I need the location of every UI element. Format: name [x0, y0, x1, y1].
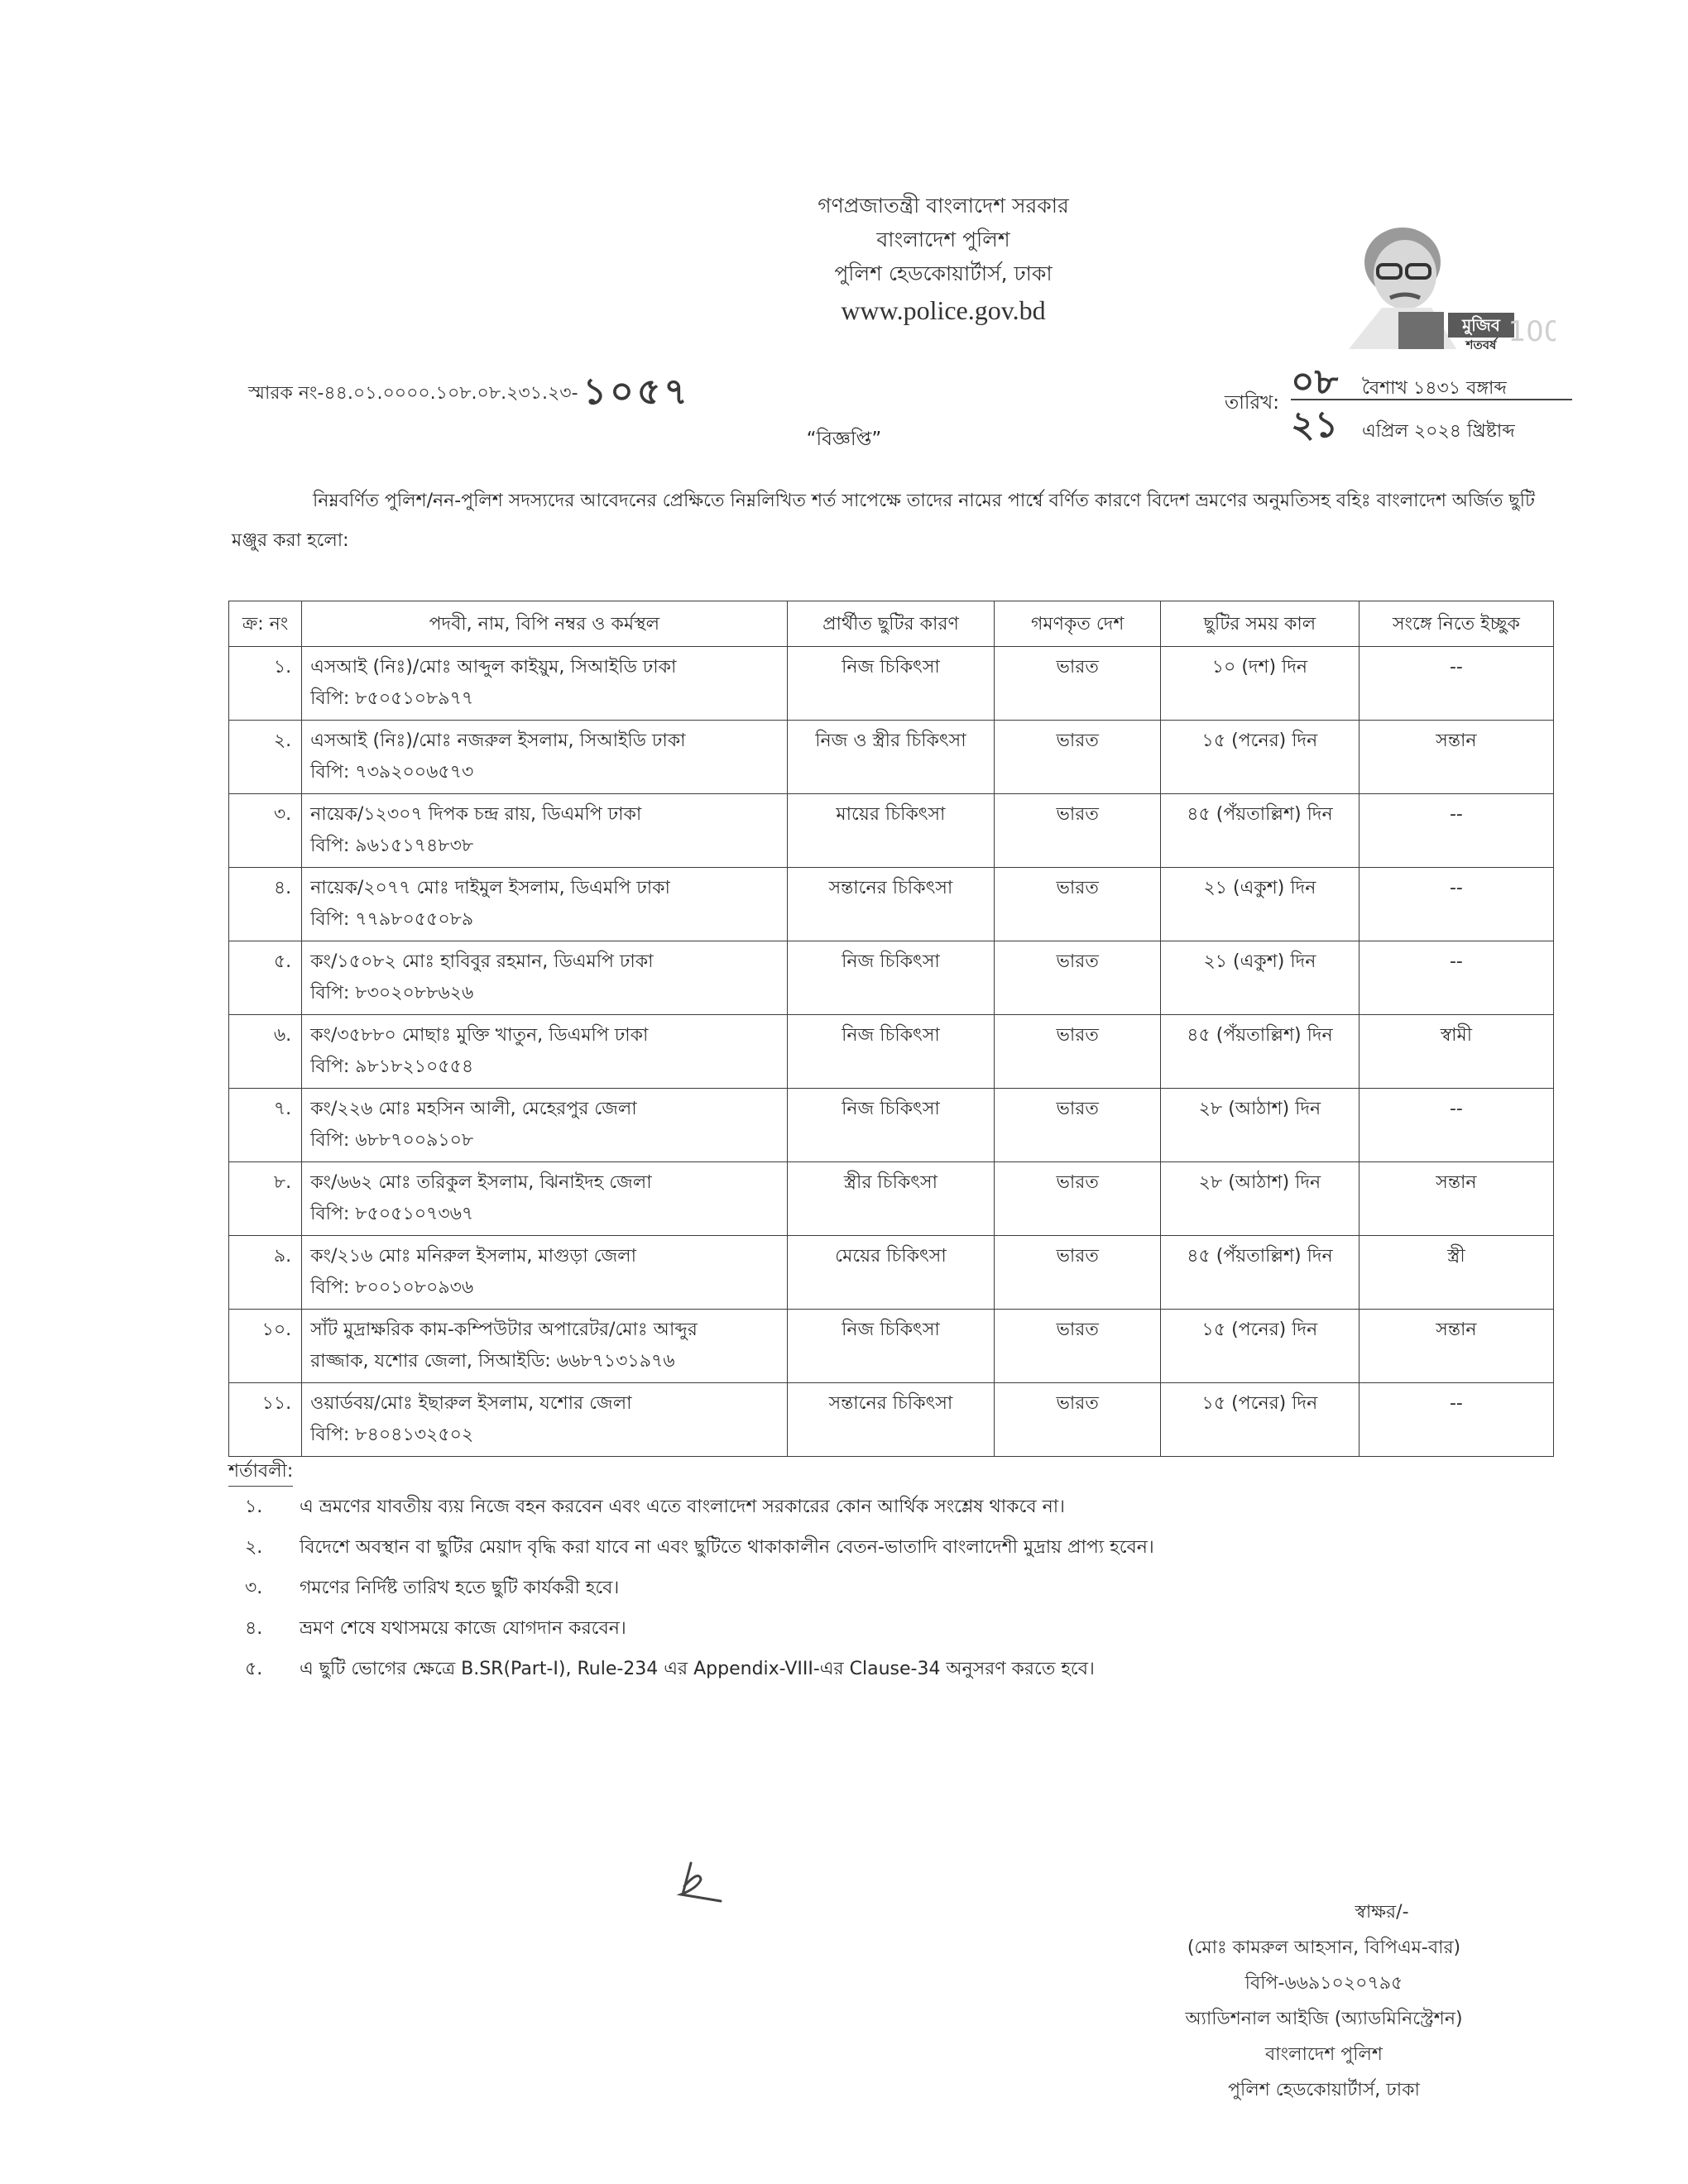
row-serial: ৫. — [229, 941, 302, 1015]
memo-handwritten: ১০৫৭ — [583, 364, 691, 424]
condition-text: এ ছুটি ভোগের ক্ষেত্রে B.SR(Part-I), Rule… — [300, 1649, 1095, 1689]
row-reason: নিজ চিকিৎসা — [787, 1089, 995, 1162]
row-companion: -- — [1359, 1089, 1553, 1162]
row-bp-number: বিপি: ৮৩০২০৮৮৬২৬ — [310, 978, 778, 1009]
row-bp-number: বিপি: ৮৪০৪১৩২৫০২ — [310, 1420, 778, 1451]
row-country: ভারত — [995, 941, 1161, 1015]
department-name: বাংলাদেশ পুলিশ — [728, 223, 1158, 256]
row-name: কং/২২৬ মোঃ মহসিন আলী, মেহেরপুর জেলা — [310, 1094, 778, 1125]
handwritten-initial-icon — [674, 1861, 724, 1903]
svg-text:মুজিব: মুজিব — [1461, 315, 1501, 336]
row-name: কং/২১৬ মোঃ মনিরুল ইসলাম, মাগুড়া জেলা — [310, 1241, 778, 1272]
row-name-cell: নায়েক/১২৩০৭ দিপক চন্দ্র রায়, ডিএমপি ঢা… — [302, 794, 787, 868]
row-bp-number: বিপি: ৮৫০৫১০৭৩৬৭ — [310, 1199, 778, 1230]
row-duration: ১০ (দশ) দিন — [1160, 647, 1359, 721]
row-country: ভারত — [995, 1089, 1161, 1162]
row-reason: নিজ চিকিৎসা — [787, 647, 995, 721]
row-companion: -- — [1359, 647, 1553, 721]
row-country: ভারত — [995, 1310, 1161, 1383]
header-name: পদবী, নাম, বিপি নম্বর ও কর্মস্থল — [302, 601, 787, 647]
row-name: সাঁট মুদ্রাক্ষরিক কাম-কম্পিউটার অপারেটর/… — [310, 1315, 778, 1346]
condition-text: গমণের নির্দিষ্ট তারিখ হতে ছুটি কার্যকরী … — [300, 1568, 619, 1608]
signatory-org: বাংলাদেশ পুলিশ — [1125, 2037, 1523, 2072]
row-country: ভারত — [995, 1383, 1161, 1457]
intro-paragraph: নিম্নবর্ণিত পুলিশ/নন-পুলিশ সদস্যদের আবেদ… — [232, 481, 1556, 561]
signed-label: স্বাক্ষর/- — [1125, 1894, 1523, 1930]
govt-name: গণপ্রজাতন্ত্রী বাংলাদেশ সরকার — [728, 189, 1158, 223]
row-country: ভারত — [995, 721, 1161, 794]
row-name: নায়েক/১২৩০৭ দিপক চন্দ্র রায়, ডিএমপি ঢা… — [310, 799, 778, 831]
row-companion: -- — [1359, 794, 1553, 868]
table-row: ৮. কং/৬৬২ মোঃ তরিকুল ইসলাম, ঝিনাইদহ জেলা… — [229, 1162, 1554, 1236]
row-companion: সন্তান — [1359, 1310, 1553, 1383]
row-reason: নিজ চিকিৎসা — [787, 1015, 995, 1089]
condition-item: ৫.এ ছুটি ভোগের ক্ষেত্রে B.SR(Part-I), Ru… — [228, 1649, 1552, 1689]
row-duration: ১৫ (পনের) দিন — [1160, 1310, 1359, 1383]
row-companion: সন্তান — [1359, 721, 1553, 794]
table-row: ৪. নায়েক/২০৭৭ মোঃ দাইমুল ইসলাম, ডিএমপি … — [229, 868, 1554, 941]
row-reason: নিজ ও স্ত্রীর চিকিৎসা — [787, 721, 995, 794]
row-serial: ১০. — [229, 1310, 302, 1383]
condition-text: এ ভ্রমণের যাবতীয় ব্যয় নিজে বহন করবেন এ… — [300, 1487, 1065, 1527]
condition-number: ৪. — [228, 1608, 300, 1649]
condition-text: বিদেশে অবস্থান বা ছুটির মেয়াদ বৃদ্ধি কর… — [300, 1527, 1154, 1568]
row-name-cell: কং/২১৬ মোঃ মনিরুল ইসলাম, মাগুড়া জেলা বি… — [302, 1236, 787, 1310]
svg-text:শতবর্ষ: শতবর্ষ — [1465, 337, 1499, 349]
header-reason: প্রার্থীত ছুটির কারণ — [787, 601, 995, 647]
table-row: ১১. ওয়ার্ডবয়/মোঃ ইছারুল ইসলাম, যশোর জে… — [229, 1383, 1554, 1457]
signatory-name: (মোঃ কামরুল আহসান, বিপিএম-বার) — [1125, 1930, 1523, 1966]
row-name-cell: কং/৬৬২ মোঃ তরিকুল ইসলাম, ঝিনাইদহ জেলা বি… — [302, 1162, 787, 1236]
row-bp-number: বিপি: ৯৬১৫১৭৪৮৩৮ — [310, 831, 778, 862]
condition-number: ৫. — [228, 1649, 300, 1689]
row-reason: নিজ চিকিৎসা — [787, 941, 995, 1015]
row-reason: মায়ের চিকিৎসা — [787, 794, 995, 868]
table-row: ৩. নায়েক/১২৩০৭ দিপক চন্দ্র রায়, ডিএমপি… — [229, 794, 1554, 868]
memo-number: স্মারক নং-৪৪.০১.০০০০.১০৮.০৮.২৩১.২৩- ১০৫৭ — [248, 364, 691, 424]
row-bp-number: বিপি: ৮৫০৫১০৮৯৭৭ — [310, 683, 778, 715]
row-name: নায়েক/২০৭৭ মোঃ দাইমুল ইসলাম, ডিএমপি ঢাক… — [310, 873, 778, 904]
row-duration: ২১ (একুশ) দিন — [1160, 868, 1359, 941]
row-reason: সন্তানের চিকিৎসা — [787, 868, 995, 941]
memo-printed: স্মারক নং-৪৪.০১.০০০০.১০৮.০৮.২৩১.২৩- — [248, 379, 578, 409]
row-country: ভারত — [995, 1015, 1161, 1089]
row-name-cell: ওয়ার্ডবয়/মোঃ ইছারুল ইসলাম, যশোর জেলা ব… — [302, 1383, 787, 1457]
row-country: ভারত — [995, 1162, 1161, 1236]
row-companion: -- — [1359, 1383, 1553, 1457]
table-row: ১. এসআই (নিঃ)/মোঃ আব্দুল কাইয়ুম, সিআইডি… — [229, 647, 1554, 721]
svg-text:100: 100 — [1508, 315, 1556, 348]
condition-item: ৩.গমণের নির্দিষ্ট তারিখ হতে ছুটি কার্যকর… — [228, 1568, 1552, 1608]
row-serial: ৬. — [229, 1015, 302, 1089]
row-duration: ২৮ (আঠাশ) দিন — [1160, 1162, 1359, 1236]
table-row: ৭. কং/২২৬ মোঃ মহসিন আলী, মেহেরপুর জেলা ব… — [229, 1089, 1554, 1162]
row-name-cell: কং/২২৬ মোঃ মহসিন আলী, মেহেরপুর জেলা বিপি… — [302, 1089, 787, 1162]
website-link[interactable]: www.police.gov.bd — [728, 292, 1158, 328]
table-row: ২. এসআই (নিঃ)/মোঃ নজরুল ইসলাম, সিআইডি ঢা… — [229, 721, 1554, 794]
header-companion: সংঙ্গে নিতে ইচ্ছুক — [1359, 601, 1553, 647]
row-reason: মেয়ের চিকিৎসা — [787, 1236, 995, 1310]
row-bp-number: বিপি: ৮০০১০৮০৯৩৬ — [310, 1272, 778, 1304]
row-serial: ১. — [229, 647, 302, 721]
row-companion: স্বামী — [1359, 1015, 1553, 1089]
conditions-section: শর্তাবলী: ১.এ ভ্রমণের যাবতীয় ব্যয় নিজে… — [228, 1458, 1552, 1689]
row-name-cell: কং/৩৫৮৮০ মোছাঃ মুক্তি খাতুন, ডিএমপি ঢাকা… — [302, 1015, 787, 1089]
conditions-list: ১.এ ভ্রমণের যাবতীয় ব্যয় নিজে বহন করবেন… — [228, 1487, 1552, 1689]
row-duration: ৪৫ (পঁয়তাল্লিশ) দিন — [1160, 1236, 1359, 1310]
row-name-cell: নায়েক/২০৭৭ মোঃ দাইমুল ইসলাম, ডিএমপি ঢাক… — [302, 868, 787, 941]
table-header-row: ক্র: নং পদবী, নাম, বিপি নম্বর ও কর্মস্থল… — [229, 601, 1554, 647]
row-serial: ২. — [229, 721, 302, 794]
condition-item: ৪.ভ্রমণ শেষে যথাসময়ে কাজে যোগদান করবেন। — [228, 1608, 1552, 1649]
row-duration: ৪৫ (পঁয়তাল্লিশ) দিন — [1160, 794, 1359, 868]
row-country: ভারত — [995, 868, 1161, 941]
row-reason: সন্তানের চিকিৎসা — [787, 1383, 995, 1457]
row-bp-number: রাজ্জাক, যশোর জেলা, সিআইডি: ৬৬৮৭১৩১৯৭৬ — [310, 1346, 778, 1377]
row-name: ওয়ার্ডবয়/মোঃ ইছারুল ইসলাম, যশোর জেলা — [310, 1388, 778, 1420]
table-row: ১০. সাঁট মুদ্রাক্ষরিক কাম-কম্পিউটার অপার… — [229, 1310, 1554, 1383]
row-serial: ৮. — [229, 1162, 302, 1236]
header-country: গমণকৃত দেশ — [995, 601, 1161, 647]
signatory-office: পুলিশ হেডকোয়ার্টার্স, ঢাকা — [1125, 2072, 1523, 2108]
row-serial: ৭. — [229, 1089, 302, 1162]
conditions-heading: শর্তাবলী: — [228, 1458, 293, 1487]
row-name-cell: এসআই (নিঃ)/মোঃ নজরুল ইসলাম, সিআইডি ঢাকা … — [302, 721, 787, 794]
row-name: কং/৬৬২ মোঃ তরিকুল ইসলাম, ঝিনাইদহ জেলা — [310, 1167, 778, 1199]
condition-number: ১. — [228, 1487, 300, 1527]
row-bp-number: বিপি: ৭৭৯৮০৫৫০৮৯ — [310, 904, 778, 936]
row-name-cell: এসআই (নিঃ)/মোঃ আব্দুল কাইয়ুম, সিআইডি ঢা… — [302, 647, 787, 721]
row-bp-number: বিপি: ৬৮৮৭০০৯১০৮ — [310, 1125, 778, 1157]
leave-table: ক্র: নং পদবী, নাম, বিপি নম্বর ও কর্মস্থল… — [228, 601, 1554, 1457]
row-name-cell: সাঁট মুদ্রাক্ষরিক কাম-কম্পিউটার অপারেটর/… — [302, 1310, 787, 1383]
row-duration: ২১ (একুশ) দিন — [1160, 941, 1359, 1015]
mujib-centenary-logo-icon: মুজিব শতবর্ষ 100 — [1332, 217, 1556, 349]
letterhead: গণপ্রজাতন্ত্রী বাংলাদেশ সরকার বাংলাদেশ প… — [728, 189, 1158, 328]
date-label: তারিখ: — [1225, 387, 1279, 419]
row-companion: সন্তান — [1359, 1162, 1553, 1236]
row-serial: ৯. — [229, 1236, 302, 1310]
row-serial: ৩. — [229, 794, 302, 868]
row-companion: -- — [1359, 868, 1553, 941]
header-duration: ছুটির সময় কাল — [1160, 601, 1359, 647]
row-name: এসআই (নিঃ)/মোঃ নজরুল ইসলাম, সিআইডি ঢাকা — [310, 726, 778, 757]
row-duration: ২৮ (আঠাশ) দিন — [1160, 1089, 1359, 1162]
row-country: ভারত — [995, 647, 1161, 721]
table-row: ৬. কং/৩৫৮৮০ মোছাঃ মুক্তি খাতুন, ডিএমপি ঢ… — [229, 1015, 1554, 1089]
row-name-cell: কং/১৫০৮২ মোঃ হাবিবুর রহমান, ডিএমপি ঢাকা … — [302, 941, 787, 1015]
row-reason: স্ত্রীর চিকিৎসা — [787, 1162, 995, 1236]
condition-text: ভ্রমণ শেষে যথাসময়ে কাজে যোগদান করবেন। — [300, 1608, 626, 1649]
condition-item: ২.বিদেশে অবস্থান বা ছুটির মেয়াদ বৃদ্ধি … — [228, 1527, 1552, 1568]
table-row: ৯. কং/২১৬ মোঃ মনিরুল ইসলাম, মাগুড়া জেলা… — [229, 1236, 1554, 1310]
row-bp-number: বিপি: ৭৩৯২০০৬৫৭৩ — [310, 757, 778, 788]
row-name: কং/১৫০৮২ মোঃ হাবিবুর রহমান, ডিএমপি ঢাকা — [310, 946, 778, 978]
header-serial: ক্র: নং — [229, 601, 302, 647]
row-companion: স্ত্রী — [1359, 1236, 1553, 1310]
row-duration: ৪৫ (পঁয়তাল্লিশ) দিন — [1160, 1015, 1359, 1089]
condition-number: ২. — [228, 1527, 300, 1568]
row-bp-number: বিপি: ৯৮১৮২১০৫৫৪ — [310, 1051, 778, 1083]
row-serial: ১১. — [229, 1383, 302, 1457]
signature-block: স্বাক্ষর/- (মোঃ কামরুল আহসান, বিপিএম-বার… — [1125, 1894, 1523, 2108]
row-reason: নিজ চিকিৎসা — [787, 1310, 995, 1383]
condition-item: ১.এ ভ্রমণের যাবতীয় ব্যয় নিজে বহন করবেন… — [228, 1487, 1552, 1527]
row-name: কং/৩৫৮৮০ মোছাঃ মুক্তি খাতুন, ডিএমপি ঢাকা — [310, 1020, 778, 1051]
signatory-designation: অ্যাডিশনাল আইজি (অ্যাডমিনিস্ট্রেশন) — [1125, 2001, 1523, 2037]
notice-title: “বিজ্ঞপ্তি” — [0, 424, 1688, 456]
table-row: ৫. কং/১৫০৮২ মোঃ হাবিবুর রহমান, ডিএমপি ঢা… — [229, 941, 1554, 1015]
office-name: পুলিশ হেডকোয়ার্টার্স, ঢাকা — [728, 256, 1158, 290]
row-serial: ৪. — [229, 868, 302, 941]
row-companion: -- — [1359, 941, 1553, 1015]
row-duration: ১৫ (পনের) দিন — [1160, 1383, 1359, 1457]
signatory-bp: বিপি-৬৬৯১০২০৭৯৫ — [1125, 1966, 1523, 2001]
row-country: ভারত — [995, 1236, 1161, 1310]
row-country: ভারত — [995, 794, 1161, 868]
row-name: এসআই (নিঃ)/মোঃ আব্দুল কাইয়ুম, সিআইডি ঢা… — [310, 652, 778, 683]
row-duration: ১৫ (পনের) দিন — [1160, 721, 1359, 794]
condition-number: ৩. — [228, 1568, 300, 1608]
